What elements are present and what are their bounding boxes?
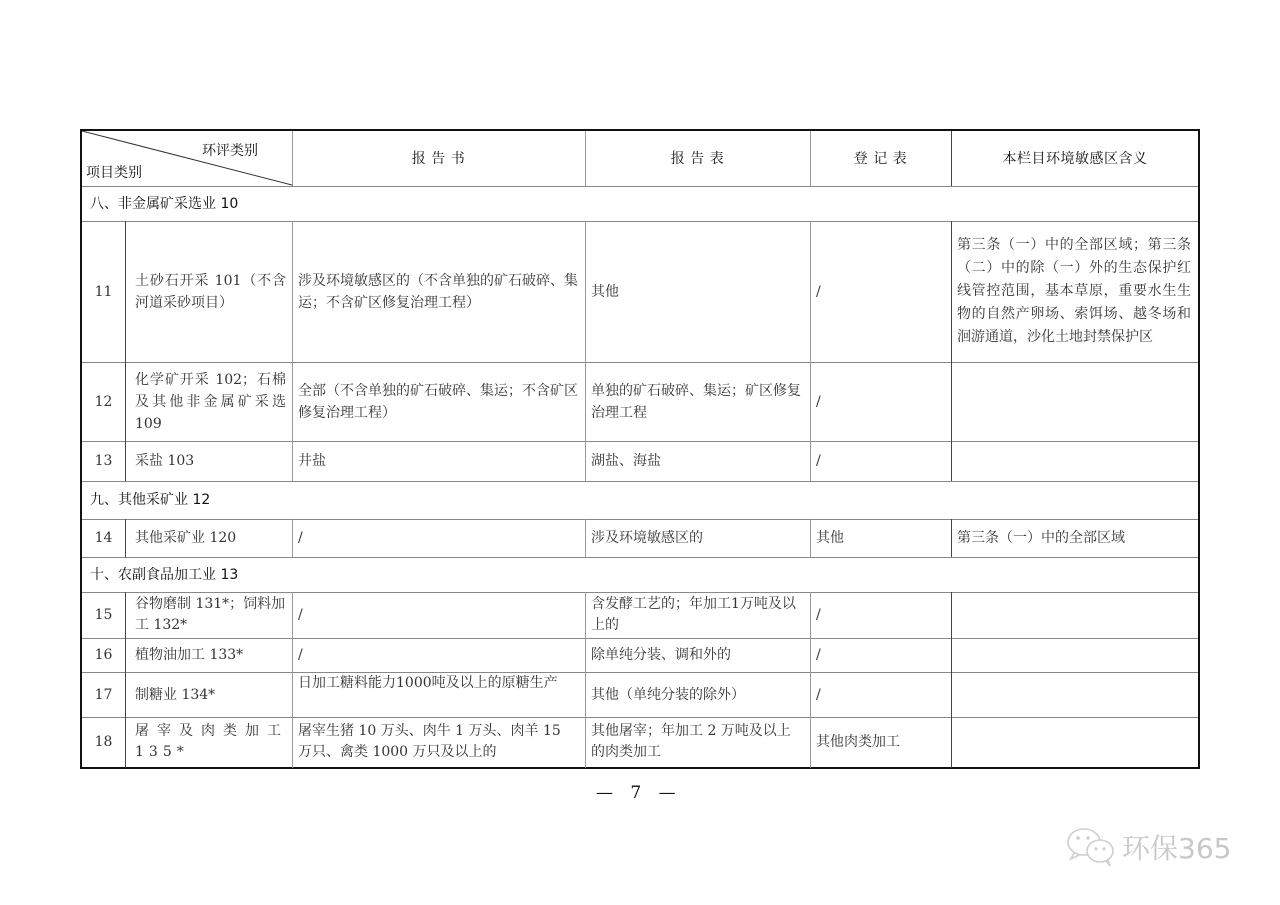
project-category-text: 屠宰及肉类加工 135* (135, 721, 286, 763)
page-number: — 7 — (596, 783, 682, 803)
project-category-text: 土砂石开采 101（不含河道采砂项目） (135, 270, 286, 314)
row-number: 15 (82, 592, 125, 638)
sensitive-area-cell (951, 638, 1197, 672)
sensitive-area-cell (951, 441, 1197, 481)
report-cell: 井盐 (292, 441, 585, 481)
registration-cell: / (810, 672, 951, 717)
header-sensitive-area: 本栏目环境敏感区含义 (951, 131, 1199, 186)
project-category-text: 谷物磨制 131*；饲料加工 132* (135, 594, 286, 636)
project-category-text: 化学矿开采 102；石棉及其他非金属矿采选 109 (135, 369, 286, 435)
report-table-text: 其他 (591, 281, 619, 303)
eia-category-label: 环评类别 (202, 140, 258, 160)
report-table-cell: 单独的矿石破碎、集运；矿区修复治理工程 (585, 362, 810, 441)
header-report-table: 报 告 表 (585, 131, 810, 186)
project-category-text: 植物油加工 133* (135, 644, 243, 666)
registration-cell: / (810, 221, 951, 362)
project-category-cell: 化学矿开采 102；石棉及其他非金属矿采选 109 (125, 362, 292, 441)
report-text: 日加工糖料能力1000吨及以上的原糖生产 (298, 673, 558, 694)
project-category-label: 项目类别 (86, 162, 142, 182)
sensitive-area-cell: 第三条（一）中的全部区域 (951, 519, 1197, 557)
project-category-cell: 土砂石开采 101（不含河道采砂项目） (125, 221, 292, 362)
section-title: 九、其他采矿业 12 (82, 481, 1197, 519)
report-table-cell: 其他（单纯分装的除外） (585, 672, 810, 717)
report-text: / (298, 527, 303, 549)
row-number-text: 17 (95, 684, 113, 706)
row-number-text: 14 (95, 527, 113, 549)
report-table-text: 除单纯分装、调和外的 (591, 644, 731, 666)
report-cell: 日加工糖料能力1000吨及以上的原糖生产 (292, 672, 585, 717)
report-table-text: 其他（单纯分装的除外） (591, 684, 745, 706)
project-category-cell: 其他采矿业 120 (125, 519, 292, 557)
registration-text: / (816, 281, 821, 303)
row-number-text: 18 (95, 731, 113, 753)
project-category-cell: 谷物磨制 131*；饲料加工 132* (125, 592, 292, 638)
registration-cell: / (810, 362, 951, 441)
sensitive-area-cell (951, 592, 1197, 638)
registration-text: / (816, 450, 821, 472)
project-category-text: 制糖业 134* (135, 684, 215, 706)
project-category-cell: 制糖业 134* (125, 672, 292, 717)
row-number: 17 (82, 672, 125, 717)
row-number-text: 12 (95, 391, 113, 413)
report-text: / (298, 644, 303, 666)
eia-classification-table: 环评类别 项目类别 报 告 书 报 告 表 登 记 表 本栏目环境敏感区含义 八… (80, 129, 1200, 769)
section-title-text: 九、其他采矿业 12 (90, 489, 210, 511)
report-text: / (298, 604, 303, 626)
sensitive-area-cell (951, 672, 1197, 717)
project-category-text: 采盐 103 (135, 450, 194, 472)
registration-cell: / (810, 441, 951, 481)
report-text: 屠宰生猪 10 万头、肉牛 1 万头、肉羊 15 万只、禽类 1000 万只及以… (298, 721, 579, 763)
report-cell: 屠宰生猪 10 万头、肉牛 1 万头、肉羊 15 万只、禽类 1000 万只及以… (292, 717, 585, 767)
project-category-cell: 屠宰及肉类加工 135* (125, 717, 292, 767)
row-number: 12 (82, 362, 125, 441)
registration-cell: 其他 (810, 519, 951, 557)
watermark-text: 环保365 (1122, 827, 1231, 867)
sensitive-area-cell (951, 362, 1197, 441)
report-cell: / (292, 592, 585, 638)
report-cell: 全部（不含单独的矿石破碎、集运；不含矿区修复治理工程） (292, 362, 585, 441)
diagonal-header-cell: 环评类别 项目类别 (82, 131, 292, 186)
report-cell: / (292, 638, 585, 672)
row-number: 18 (82, 717, 125, 767)
sensitive-area-cell (951, 717, 1197, 767)
sensitive-area-text: 第三条（一）中的全部区域；第三条（二）中的除（一）外的生态保护红线管控范围，基本… (957, 234, 1191, 349)
report-table-text: 其他屠宰；年加工 2 万吨及以上的肉类加工 (591, 721, 804, 763)
section-title-text: 十、农副食品加工业 13 (90, 564, 238, 586)
report-text: 全部（不含单独的矿石破碎、集运；不含矿区修复治理工程） (298, 380, 579, 424)
watermark: 环保365 (1066, 826, 1231, 868)
sensitive-area-cell: 第三条（一）中的全部区域；第三条（二）中的除（一）外的生态保护红线管控范围，基本… (951, 221, 1197, 362)
row-number-text: 16 (95, 644, 113, 666)
row-number-text: 11 (95, 281, 113, 303)
row-number-text: 15 (95, 604, 113, 626)
project-category-cell: 采盐 103 (125, 441, 292, 481)
section-title: 八、非金属矿采选业 10 (82, 186, 1197, 221)
registration-cell: / (810, 592, 951, 638)
report-table-text: 含发酵工艺的；年加工1万吨及以上的 (591, 594, 804, 636)
row-number-text: 13 (95, 450, 113, 472)
report-cell: / (292, 519, 585, 557)
header-report-table-label: 报 告 表 (671, 148, 724, 170)
report-text: 井盐 (298, 450, 326, 472)
header-registration-label: 登 记 表 (854, 148, 907, 170)
report-cell: 涉及环境敏感区的（不含单独的矿石破碎、集运；不含矿区修复治理工程） (292, 221, 585, 362)
report-table-cell: 其他 (585, 221, 810, 362)
report-table-text: 湖盐、海盐 (591, 450, 661, 472)
header-report-label: 报 告 书 (412, 148, 465, 170)
header-sensitive-area-label: 本栏目环境敏感区含义 (1003, 148, 1148, 170)
project-category-cell: 植物油加工 133* (125, 638, 292, 672)
registration-cell: / (810, 638, 951, 672)
sensitive-area-text: 第三条（一）中的全部区域 (957, 527, 1125, 549)
row-number: 11 (82, 221, 125, 362)
header-registration: 登 记 表 (810, 131, 951, 186)
section-title-text: 八、非金属矿采选业 10 (90, 193, 238, 215)
project-category-text: 其他采矿业 120 (135, 527, 236, 549)
registration-text: 其他 (816, 527, 844, 549)
registration-cell: 其他肉类加工 (810, 717, 951, 767)
section-title: 十、农副食品加工业 13 (82, 557, 1197, 592)
registration-text: / (816, 391, 821, 413)
report-table-cell: 涉及环境敏感区的 (585, 519, 810, 557)
row-number: 14 (82, 519, 125, 557)
report-table-cell: 含发酵工艺的；年加工1万吨及以上的 (585, 592, 810, 638)
header-report: 报 告 书 (292, 131, 585, 186)
registration-text: 其他肉类加工 (816, 731, 900, 753)
document-page: 环评类别 项目类别 报 告 书 报 告 表 登 记 表 本栏目环境敏感区含义 八… (0, 0, 1280, 905)
report-table-cell: 其他屠宰；年加工 2 万吨及以上的肉类加工 (585, 717, 810, 767)
report-text: 涉及环境敏感区的（不含单独的矿石破碎、集运；不含矿区修复治理工程） (298, 270, 579, 314)
registration-text: / (816, 684, 821, 706)
row-number: 16 (82, 638, 125, 672)
row-number: 13 (82, 441, 125, 481)
report-table-text: 单独的矿石破碎、集运；矿区修复治理工程 (591, 380, 804, 424)
wechat-icon (1066, 826, 1118, 868)
registration-text: / (816, 604, 821, 626)
report-table-cell: 湖盐、海盐 (585, 441, 810, 481)
report-table-text: 涉及环境敏感区的 (591, 527, 703, 549)
report-table-cell: 除单纯分装、调和外的 (585, 638, 810, 672)
registration-text: / (816, 644, 821, 666)
